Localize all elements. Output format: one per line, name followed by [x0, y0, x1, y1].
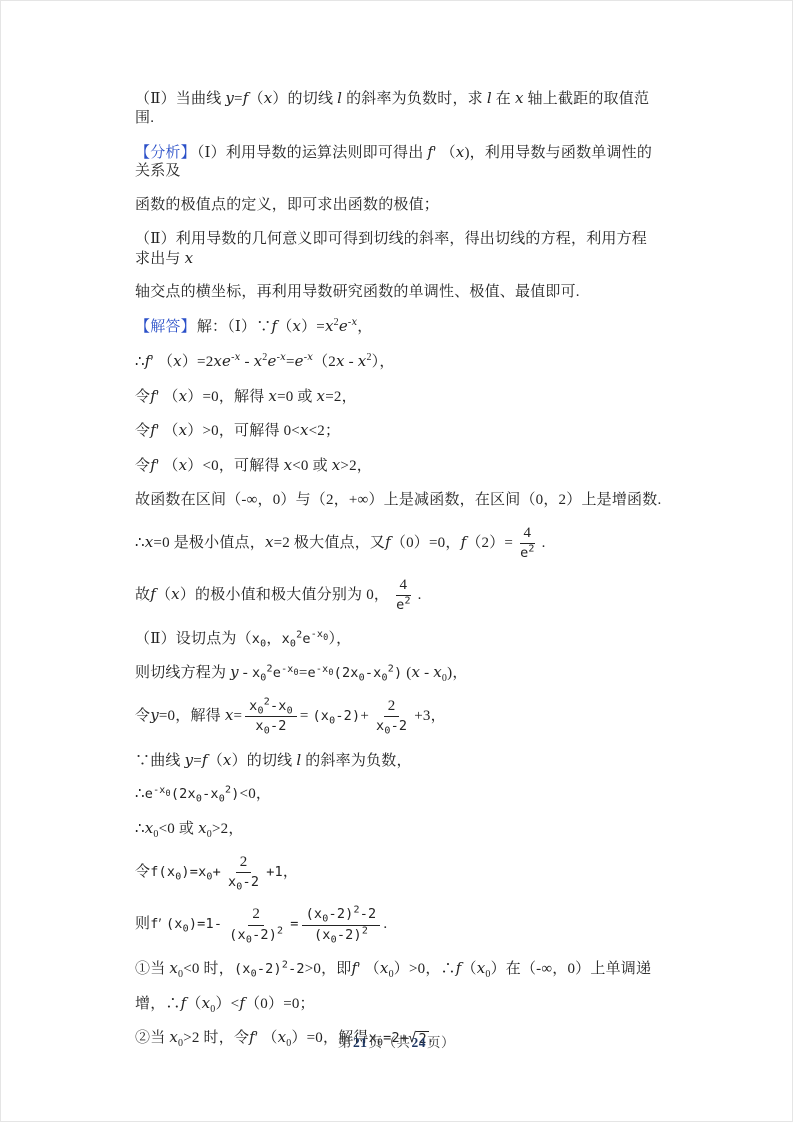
section-label: 【分析】 [135, 145, 196, 161]
text-line-8: 令f′ （x）=0，解得 x=0 或 x=2， [135, 387, 662, 407]
text-line-5: 轴交点的横坐标，再利用导数研究函数的单调性、极值、最值即可. [135, 283, 662, 302]
text-line-12: ∴x=0 是极小值点，x=2 极大值点，又f（0）=0，f（2）=4e2. [135, 525, 662, 563]
text-line-6: 【解答】解：（Ⅰ）∵f（x）=x2e-x， [135, 317, 662, 337]
text-line-15: 则切线方程为 y - x02e-x0=e-x0(2x0-x02) (x - x0… [135, 663, 662, 683]
text-line-16: 令y=0，解得 x=x02-x0x0-2= (x0-2)+2x0-2+3， [135, 698, 662, 736]
text-line-18: ∴e-x0(2x0-x02)<0， [135, 785, 662, 804]
text-line-20: 令f(x0)=x0+2x0-2+1， [135, 854, 662, 892]
text-line-23: 增，∴f（x0）<f（0）=0； [135, 994, 662, 1014]
text-line-9: 令f′ （x）>0，可解得 0<x<2； [135, 421, 662, 441]
footer-mid: 页（共 [369, 1035, 411, 1050]
footer-prefix: 第 [338, 1035, 352, 1050]
text-line-17: ∵曲线 y=f（x）的切线 l 的斜率为负数， [135, 751, 662, 771]
text-line-13: 故f（x）的极小值和极大值分别为 0，4e2. [135, 577, 662, 615]
page-footer: 第21页（共24页） [1, 1031, 792, 1051]
text-line-11: 故函数在区间（-∞，0）与（2，+∞）上是减函数，在区间（0，2）上是增函数. [135, 491, 662, 510]
text-line-14: （Ⅱ）设切点为（x0，x02e-x0）， [135, 630, 662, 649]
text-line-3: 函数的极值点的定义，即可求出函数的极值； [135, 196, 662, 215]
text-line-21: 则f′ (x0)=1-2(x0-2)2=(x0-2)2-2(x0-2)2. [135, 906, 662, 944]
document-page: （Ⅱ）当曲线 y=f（x）的切线 l 的斜率为负数时，求 l 在 x 轴上截距的… [0, 0, 793, 1122]
page-number: 21 [353, 1035, 368, 1050]
solution-body: （Ⅱ）当曲线 y=f（x）的切线 l 的斜率为负数时，求 l 在 x 轴上截距的… [135, 89, 662, 1048]
section-label: 【解答】 [135, 319, 196, 335]
text-line-10: 令f′ （x）<0，可解得 x<0 或 x>2， [135, 456, 662, 476]
footer-text: 第21页（共24页） [338, 1035, 455, 1050]
footer-suffix: 页） [427, 1035, 455, 1050]
text-line-2: 【分析】（Ⅰ）利用导数的运算法则即可得出 f′ （x)，利用导数与函数单调性的关… [135, 143, 662, 182]
text-line-22: ①当 x0<0 时，(x0-2)2-2>0，即f′ （x0）>0，∴f（x0）在… [135, 959, 662, 979]
total-pages: 24 [412, 1035, 427, 1050]
text-line-4: （Ⅱ）利用导数的几何意义即可得到切线的斜率，得出切线的方程，利用方程求出与 x [135, 230, 662, 269]
text-line-1: （Ⅱ）当曲线 y=f（x）的切线 l 的斜率为负数时，求 l 在 x 轴上截距的… [135, 89, 662, 128]
text-line-19: ∴x0<0 或 x0>2， [135, 819, 662, 839]
text-line-7: ∴f′ （x）=2xe-x - x2e-x=e-x（2x - x2）， [135, 352, 662, 372]
